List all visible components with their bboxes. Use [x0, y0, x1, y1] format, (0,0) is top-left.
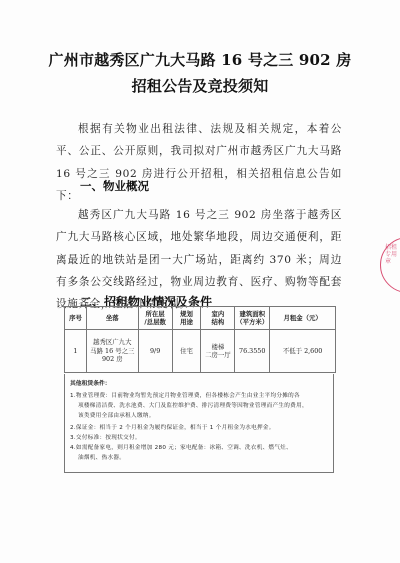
- table-row: 1 越秀区广九大 马路 16 号之三 902 房 9/9 住宅 楼梯 二房一厅 …: [65, 330, 336, 373]
- cell-structure: 楼梯 二房一厅: [201, 330, 235, 373]
- other-conditions-box: 其他租赁条件： 1.物业管理费：目前物业均暂先预定月物业管理费，但各楼栋会产生由…: [64, 374, 334, 473]
- condition-item-appliances: 4.如需配备家电，则月租金增加 280 元；家电配备：冰箱、空调、洗衣机、燃气灶…: [70, 443, 329, 463]
- header-location: 坐落: [86, 307, 138, 330]
- official-seal-text: 招租专用章: [385, 244, 397, 265]
- section1-heading: 一、物业概况: [80, 178, 149, 194]
- header-index: 序号: [65, 307, 87, 330]
- document-title-line1: 广州市越秀区广九大马路 16 号之三 902 房: [0, 49, 400, 70]
- header-rent: 月租金（元）: [270, 307, 336, 330]
- condition-item-management-fee: 1.物业管理费：目前物业均暂先预定月物业管理费，但各楼栋会产生由业主平均分摊的各…: [70, 391, 329, 421]
- condition-item-delivery: 3.交付标准：按现状交付。: [70, 433, 329, 443]
- document-title-line2: 招租公告及竞投须知: [0, 75, 400, 96]
- header-area: 建筑面积（平方米）: [235, 307, 270, 330]
- cell-floor: 9/9: [138, 330, 172, 373]
- condition-item-deposit: 2.保证金：相当于 2 个月租金为履约保证金，相当于 1 个月租金为水电押金。: [70, 423, 329, 433]
- cell-usage: 住宅: [172, 330, 201, 373]
- table-header-row: 序号 坐落 所在层/总层数 规划用途 室内结构 建筑面积（平方米） 月租金（元）: [65, 307, 336, 330]
- cell-index: 1: [65, 330, 87, 373]
- property-table: 序号 坐落 所在层/总层数 规划用途 室内结构 建筑面积（平方米） 月租金（元）…: [64, 306, 336, 373]
- header-usage: 规划用途: [172, 307, 201, 330]
- header-structure: 室内结构: [201, 307, 235, 330]
- document-page: 广州市越秀区广九大马路 16 号之三 902 房 招租公告及竞投须知 根据有关物…: [0, 0, 400, 563]
- cell-location: 越秀区广九大 马路 16 号之三 902 房: [86, 330, 138, 373]
- cell-rent: 不低于 2,600: [270, 330, 336, 373]
- other-conditions-title: 其他租赁条件：: [70, 378, 329, 387]
- cell-area: 76.3550: [235, 330, 270, 373]
- header-floor: 所在层/总层数: [138, 307, 172, 330]
